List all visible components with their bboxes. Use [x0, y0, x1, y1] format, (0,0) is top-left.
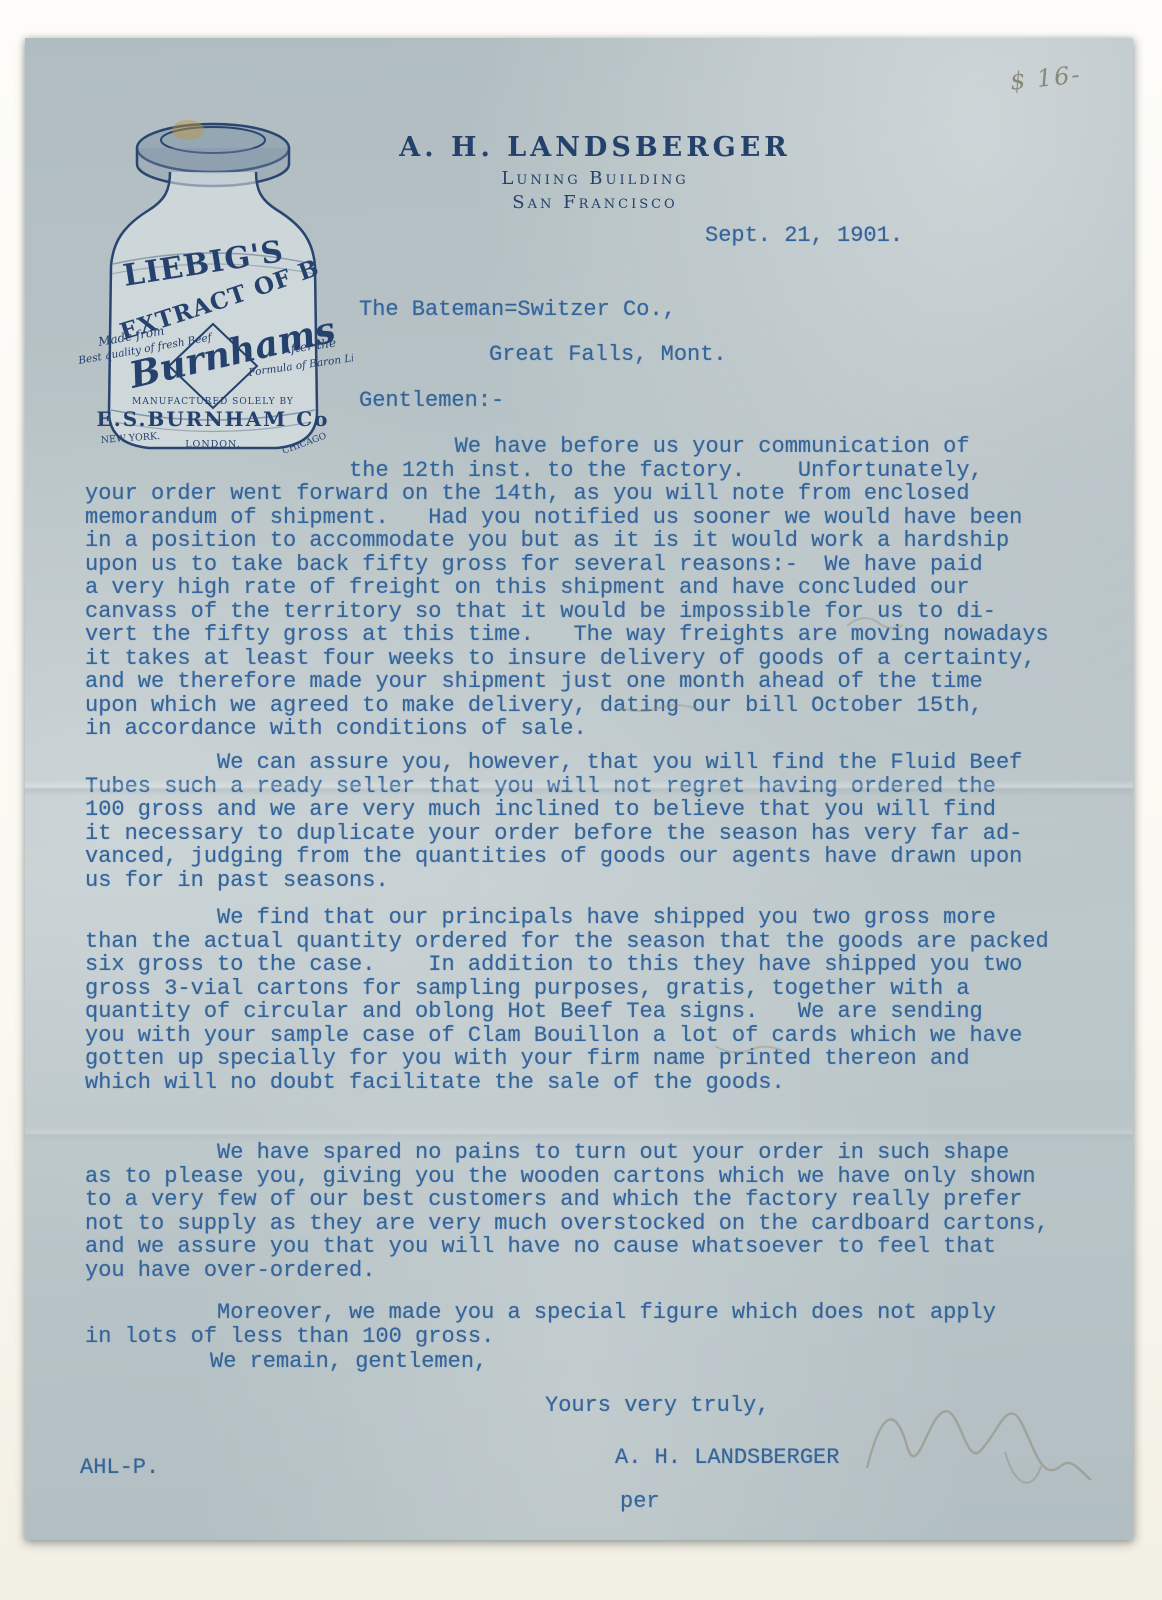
letter-line: gross 3-vial cartons for sampling purpos…	[85, 977, 1049, 1001]
letter-line: in accordance with conditions of sale.	[85, 717, 1049, 741]
letterhead-company-name: A. H. LANDSBERGER	[355, 132, 835, 163]
letter-line: We can assure you, however, that you wil…	[85, 751, 1022, 775]
paragraph-3: We find that our principals have shipped…	[85, 906, 1049, 1094]
letterhead-building: Luning Building	[355, 168, 835, 189]
letter-line: not to supply as they are very much over…	[85, 1212, 1049, 1236]
paragraph-2: We can assure you, however, that you wil…	[85, 751, 1022, 892]
letter-line: and we assure you that you will have no …	[85, 1235, 1049, 1259]
paragraph-4: We have spared no pains to turn out your…	[85, 1141, 1049, 1282]
letter-line: gotten up specially for you with your fi…	[85, 1047, 1049, 1071]
letter-line: six gross to the case. In addition to th…	[85, 953, 1049, 977]
salutation: Gentlemen:-	[359, 389, 504, 413]
letterhead-city: San Francisco	[355, 192, 835, 213]
letter-line: vanced, judging from the quantities of g…	[85, 845, 1022, 869]
closing-we-remain: We remain, gentlemen,	[210, 1350, 487, 1374]
letter-line: Tubes such a ready seller that you will …	[85, 775, 1022, 799]
letter-line: to a very few of our best customers and …	[85, 1188, 1049, 1212]
closing-per: per	[620, 1490, 660, 1514]
letter-line: which will no doubt facilitate the sale …	[85, 1071, 1049, 1095]
letter-line: us for in past seasons.	[85, 869, 1022, 893]
letter-line: 100 gross and we are very much inclined …	[85, 798, 1022, 822]
recipient-city: Great Falls, Mont.	[489, 343, 727, 367]
jar-lid-stain	[172, 120, 204, 140]
letter-line: a very high rate of freight on this ship…	[85, 576, 1049, 600]
letter-line: as to please you, giving you the wooden …	[85, 1165, 1049, 1189]
letter-line: than the actual quantity ordered for the…	[85, 930, 1049, 954]
paragraph-1: We have before us your communication of …	[85, 435, 1049, 741]
letter-line: memorandum of shipment. Had you notified…	[85, 506, 1049, 530]
letter-line: Moreover, we made you a special figure w…	[85, 1301, 996, 1325]
letter-line: We have spared no pains to turn out your…	[85, 1141, 1049, 1165]
letter-line: We have before us your communication of	[85, 435, 1049, 459]
letter-line: the 12th inst. to the factory. Unfortuna…	[85, 459, 1049, 483]
beef-extract-jar-illustration: LIEBIG'S EXTRACT OF BEEF Made from Best …	[73, 114, 353, 459]
pencil-price-note: $ 16-	[1009, 60, 1083, 95]
letter-line: in a position to accommodate you but as …	[85, 529, 1049, 553]
letter-line: in lots of less than 100 gross.	[85, 1325, 996, 1349]
typist-initials: AHL-P.	[80, 1456, 159, 1480]
letter-paper: $ 16- A. H. LANDSBERGER Luning Building …	[25, 38, 1133, 1540]
letter-line: quantity of circular and oblong Hot Beef…	[85, 1000, 1049, 1024]
jar-manufacturer: E.S.BURNHAM Co	[97, 407, 330, 431]
letter-date: Sept. 21, 1901.	[705, 224, 903, 248]
letter-line: your order went forward on the 14th, as …	[85, 482, 1049, 506]
letter-line: vert the fifty gross at this time. The w…	[85, 623, 1049, 647]
letter-line: it necessary to duplicate your order bef…	[85, 822, 1022, 846]
letter-line: upon which we agreed to make delivery, d…	[85, 694, 1049, 718]
closing-valediction: Yours very truly,	[545, 1394, 769, 1418]
letter-line: upon us to take back fifty gross for sev…	[85, 553, 1049, 577]
letter-line: you have over-ordered.	[85, 1259, 1049, 1283]
pencil-signature-stroke	[867, 1411, 1091, 1480]
letter-line: it takes at least four weeks to insure d…	[85, 647, 1049, 671]
jar-manufactured-by: MANUFACTURED SOLELY BY	[132, 397, 294, 407]
paragraph-5: Moreover, we made you a special figure w…	[85, 1301, 996, 1348]
pencil-signature-loop	[1005, 1452, 1041, 1483]
scanned-letter-page: { "scan": { "price_note": "$ 16-" }, "le…	[0, 0, 1162, 1600]
signature-name: A. H. LANDSBERGER	[615, 1446, 839, 1470]
letter-line: canvass of the territory so that it woul…	[85, 600, 1049, 624]
recipient-company: The Bateman=Switzer Co.,	[359, 298, 676, 322]
letter-line: and we therefore made your shipment just…	[85, 670, 1049, 694]
letter-line: you with your sample case of Clam Bouill…	[85, 1024, 1049, 1048]
letter-line: We find that our principals have shipped…	[85, 906, 1049, 930]
pencil-signature	[855, 1390, 1105, 1500]
